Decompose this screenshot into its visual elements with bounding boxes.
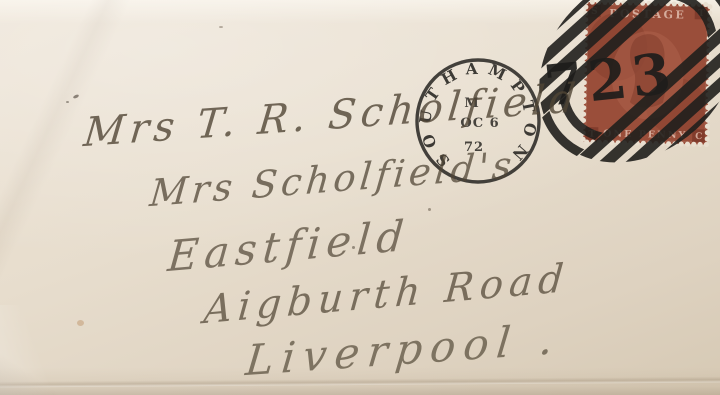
envelope: POSTAGE ONE PENNY S T T C <box>0 0 720 395</box>
corner-letter-br: C <box>695 132 702 142</box>
